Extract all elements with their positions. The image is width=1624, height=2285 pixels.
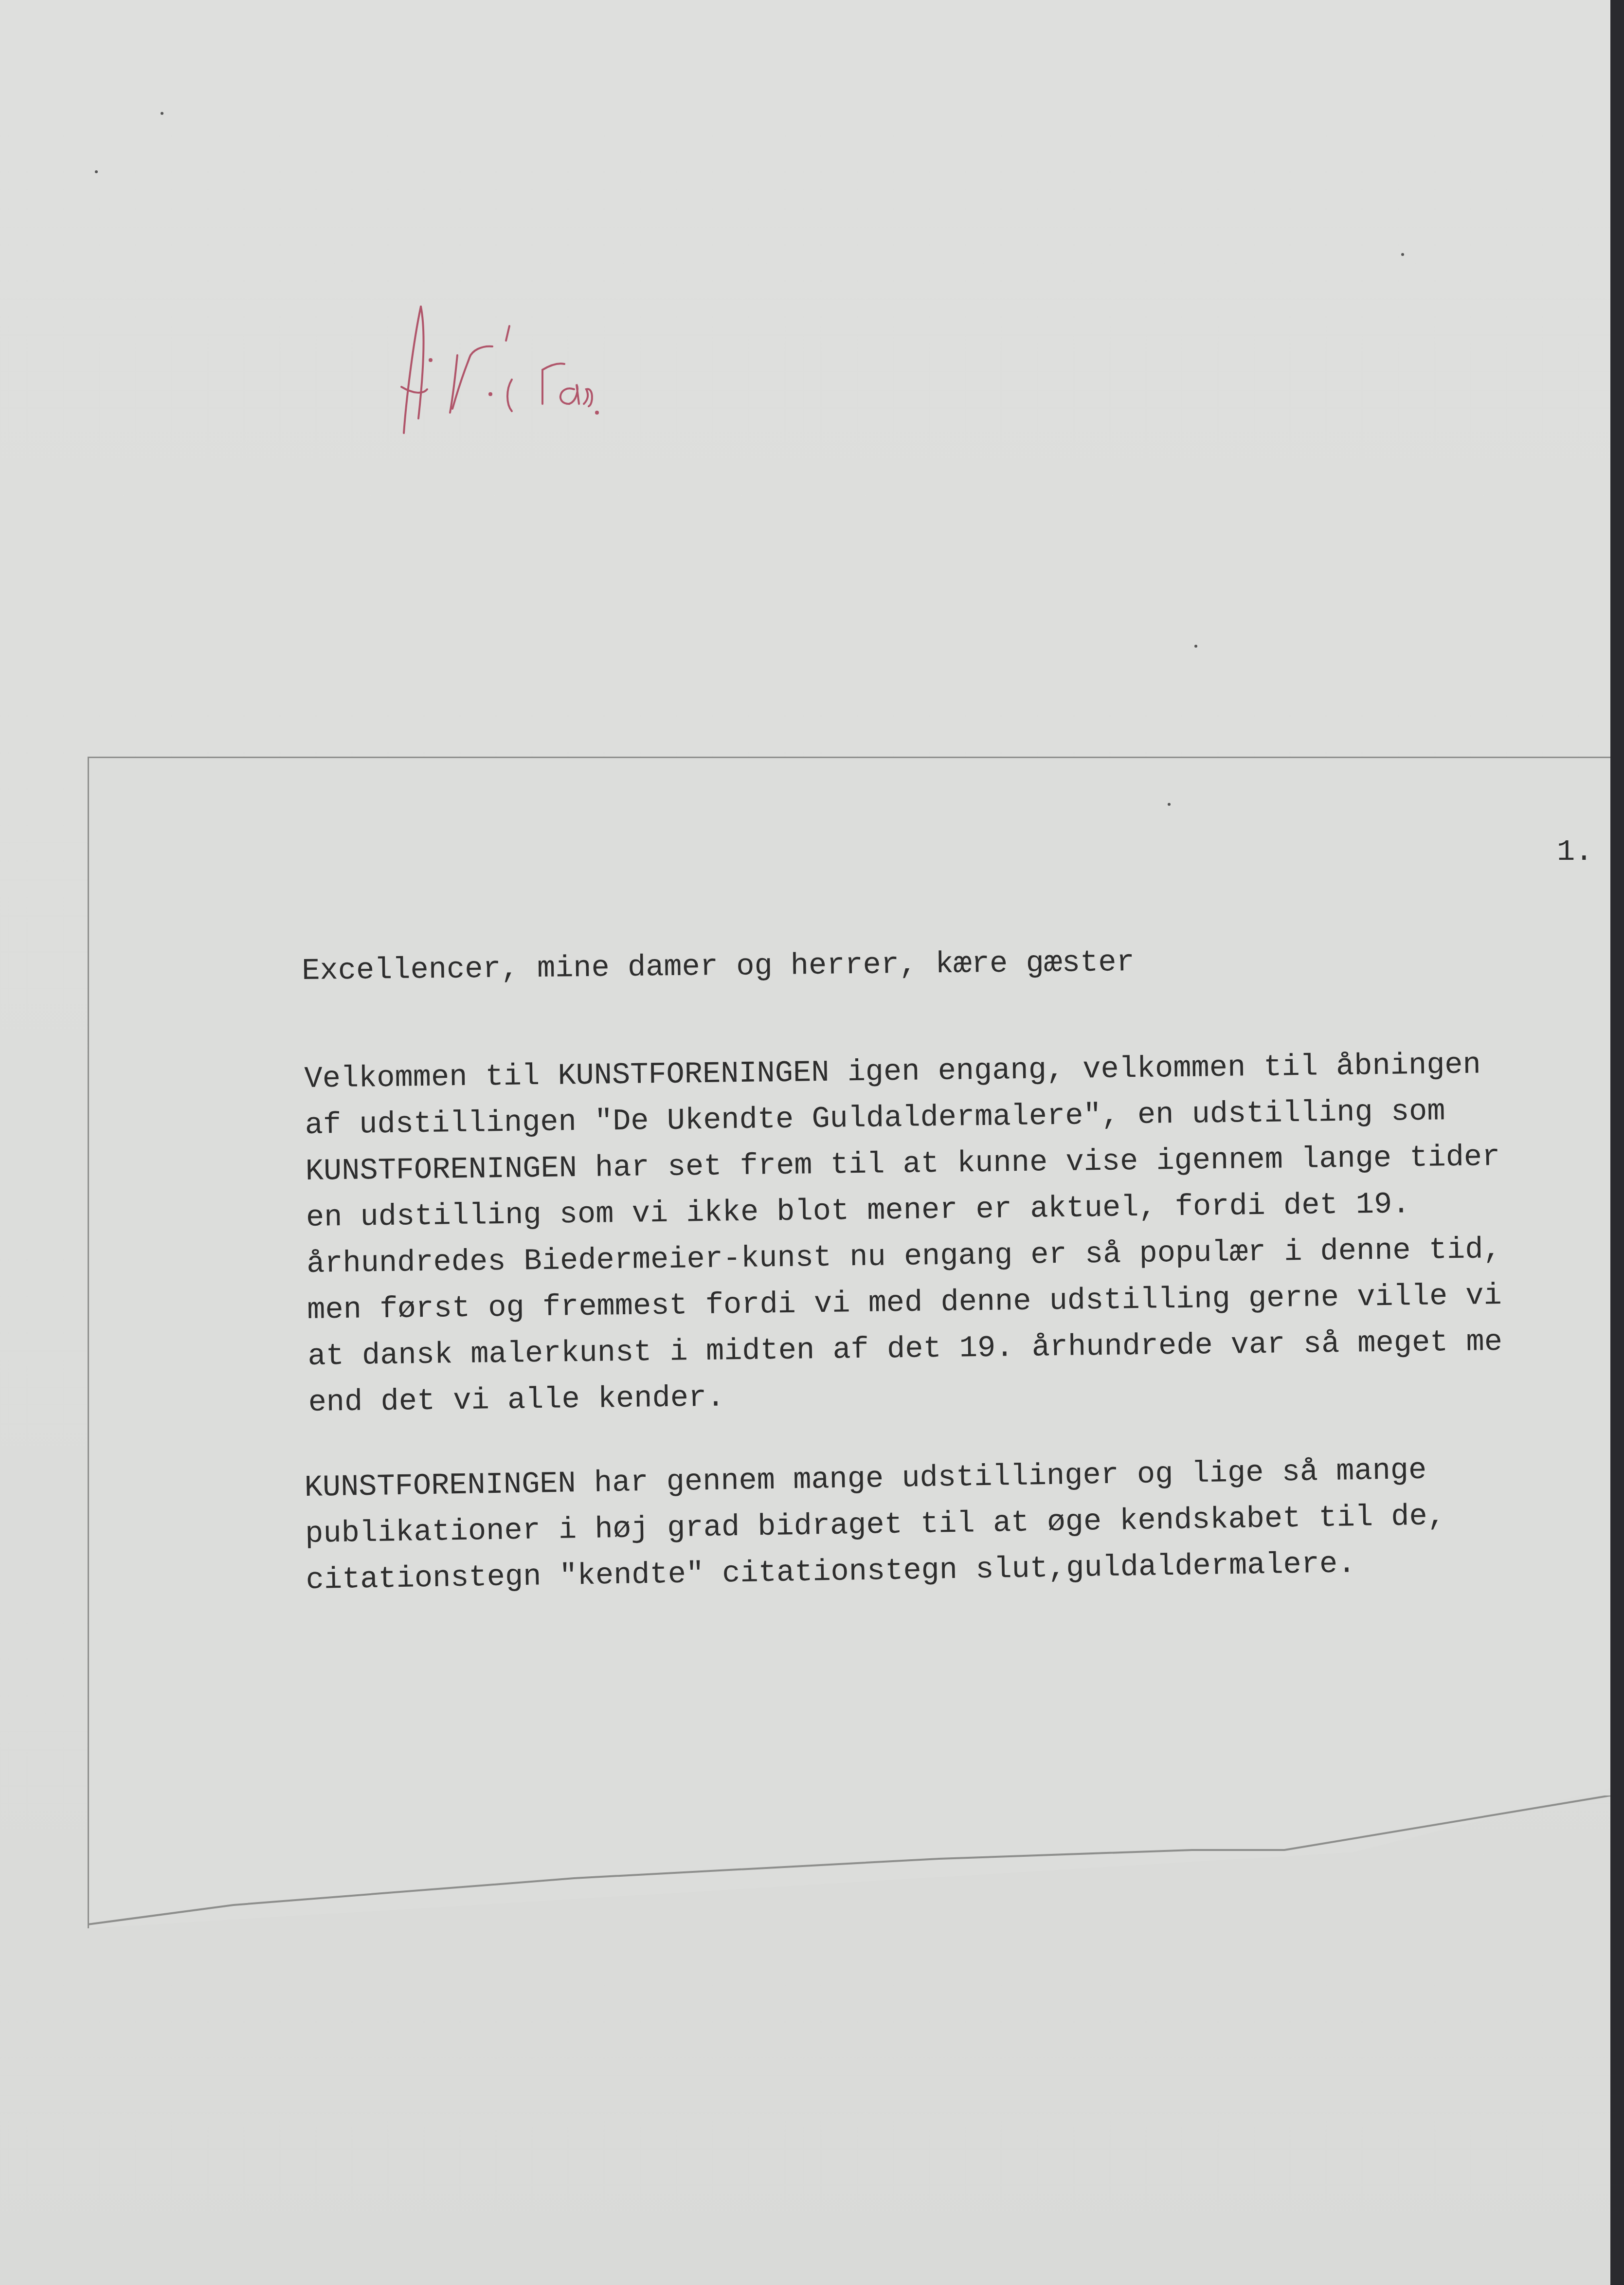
scan-border bbox=[1610, 0, 1624, 2285]
paper-speck bbox=[1194, 645, 1197, 648]
paper-speck bbox=[161, 112, 163, 115]
paragraph-2: KUNSTFORENINGEN har gennem mange udstill… bbox=[304, 1447, 1446, 1603]
paper-speck bbox=[1401, 253, 1404, 256]
handwritten-annotation: H.W.'s tale bbox=[384, 302, 861, 448]
paragraph-1: Velkommen til KUNSTFORENINGEN igen engan… bbox=[304, 1041, 1503, 1426]
handwriting-strokes-icon bbox=[384, 302, 861, 448]
paper-speck bbox=[1168, 803, 1171, 806]
page-number: 1. bbox=[1557, 834, 1593, 869]
paper-page: H.W.'s tale 1. Excellencer, mine damer o… bbox=[0, 0, 1610, 2285]
paper-speck bbox=[95, 170, 98, 173]
